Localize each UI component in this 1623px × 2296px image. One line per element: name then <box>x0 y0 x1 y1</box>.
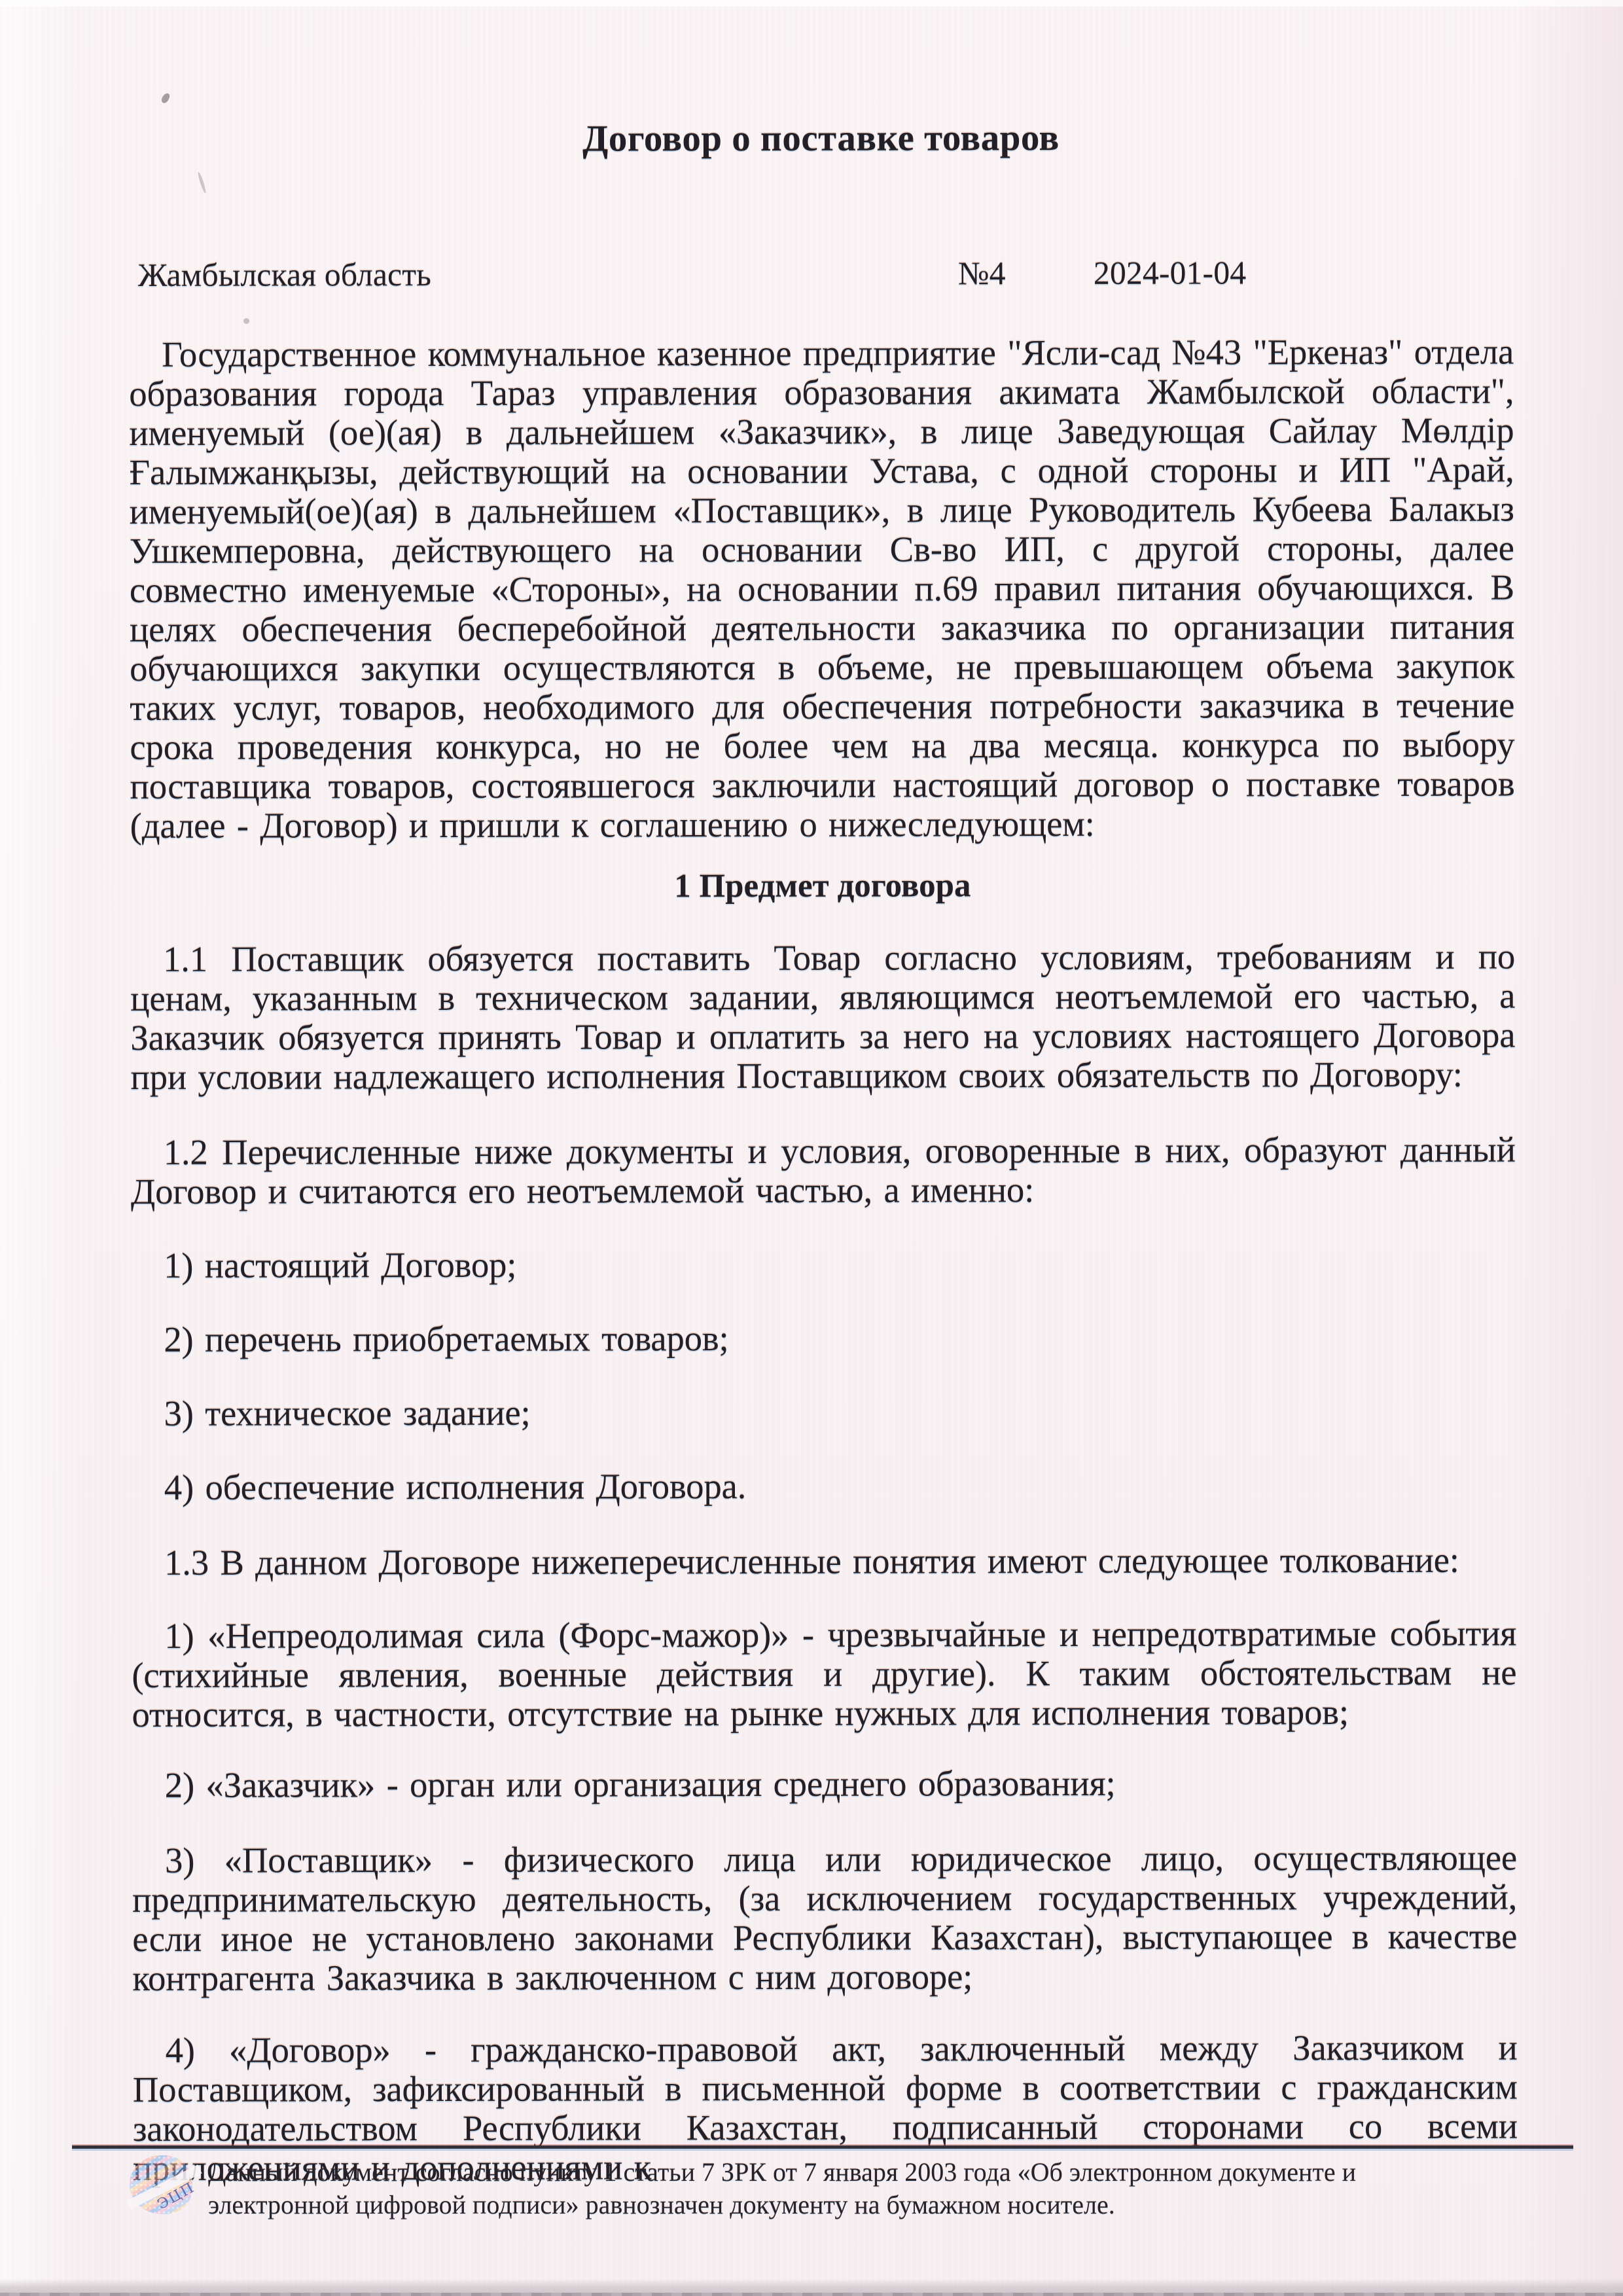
clause-1-2-item-4: 4) обеспечение исполнения Договора. <box>132 1465 1516 1507</box>
scan-speck <box>243 318 249 324</box>
document-title: Договор о поставке товаров <box>128 0 1514 161</box>
stamp-label: ЭЦП <box>155 2181 197 2213</box>
footer-legal-text: Данный документ согласно пункту 1 статьи… <box>208 2156 1452 2221</box>
clause-1-2-item-2: 2) перечень приобретаемых товаров; <box>131 1318 1516 1359</box>
document-content: Договор о поставке товаров Жамбылская об… <box>128 0 1518 2188</box>
clause-1-3-item-3: 3) «Поставщик» - физического лица или юр… <box>132 1839 1517 1998</box>
clause-1-3: 1.3 В данном Договоре нижеперечисленные … <box>132 1541 1516 1583</box>
clause-1-3-item-1: 1) «Непреодолимая сила (Форс-мажор)» - ч… <box>132 1614 1516 1734</box>
clause-1-1: 1.1 Поставщик обязуется поставить Товар … <box>130 937 1515 1097</box>
clause-1-2-item-3: 3) техническое задание; <box>131 1391 1516 1433</box>
meta-row: Жамбылская область №4 2024-01-04 <box>129 254 1514 293</box>
clause-1-3-item-2: 2) «Заказчик» - орган или организация ср… <box>132 1763 1517 1805</box>
preamble-paragraph: Государственное коммунальное казенное пр… <box>129 332 1515 846</box>
footer-separator-line <box>72 2145 1573 2149</box>
clause-1-2-item-1: 1) настоящий Договор; <box>131 1244 1516 1285</box>
section-1-heading: 1 Предмет договора <box>130 865 1515 907</box>
contract-date: 2024-01-04 <box>1094 254 1246 291</box>
scanned-contract-page: Договор о поставке товаров Жамбылская об… <box>0 0 1623 2296</box>
contract-number: №4 <box>958 255 1006 291</box>
clause-1-2: 1.2 Перечисленные ниже документы и услов… <box>131 1130 1516 1211</box>
scan-bottom-edge <box>0 2279 1623 2296</box>
digital-signature-stamp-icon: ЭЦП <box>130 2155 192 2214</box>
region-label: Жамбылская область <box>138 256 431 293</box>
